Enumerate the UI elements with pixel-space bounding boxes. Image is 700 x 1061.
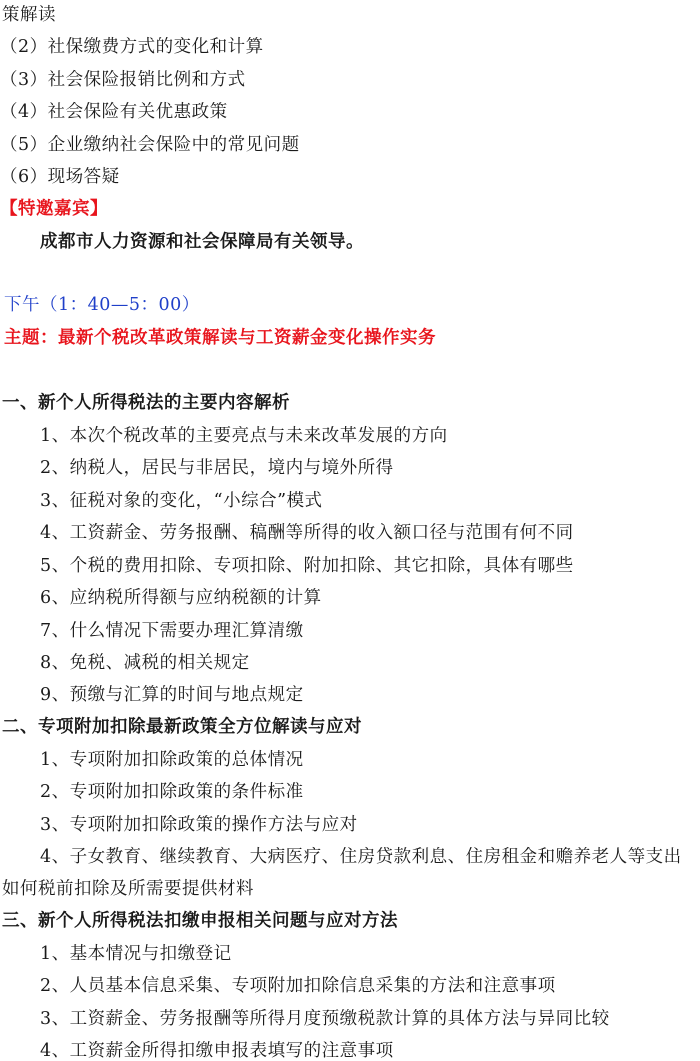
section-title: 二、专项附加扣除最新政策全方位解读与应对 bbox=[2, 714, 362, 740]
section-item: 4、子女教育、继续教育、大病医疗、住房贷款利息、住房租金和赡养老人等支出 bbox=[40, 844, 682, 870]
section-item: 1、基本情况与扣缴登记 bbox=[40, 941, 232, 967]
section-item: 1、专项附加扣除政策的总体情况 bbox=[40, 747, 304, 773]
section-item: 5、个税的费用扣除、专项扣除、附加扣除、其它扣除，具体有哪些 bbox=[40, 553, 574, 579]
morning-item: （6）现场答疑 bbox=[0, 164, 120, 190]
section-item: 8、免税、减税的相关规定 bbox=[40, 650, 250, 676]
section-item: 2、专项附加扣除政策的条件标准 bbox=[40, 779, 304, 805]
afternoon-time: 下午（1：40—5：00） bbox=[4, 292, 200, 318]
morning-item: （5）企业缴纳社会保险中的常见问题 bbox=[0, 132, 300, 158]
section-item: 2、纳税人，居民与非居民，境内与境外所得 bbox=[40, 455, 394, 481]
section-item: 2、人员基本信息采集、专项附加扣除信息采集的方法和注意事项 bbox=[40, 973, 556, 999]
section-title: 一、新个人所得税法的主要内容解析 bbox=[2, 390, 290, 416]
top-fragment: 策解读 bbox=[2, 2, 56, 28]
section-item: 6、应纳税所得额与应纳税额的计算 bbox=[40, 585, 322, 611]
afternoon-theme: 主题：最新个税改革政策解读与工资薪金变化操作实务 bbox=[4, 325, 436, 351]
section-item: 4、工资薪金所得扣缴申报表填写的注意事项 bbox=[40, 1038, 394, 1061]
section-item-continuation: 如何税前扣除及所需要提供材料 bbox=[2, 876, 254, 902]
morning-item: （3）社会保险报销比例和方式 bbox=[0, 67, 246, 93]
section-item: 7、什么情况下需要办理汇算清缴 bbox=[40, 618, 304, 644]
section-title: 三、新个人所得税法扣缴申报相关问题与应对方法 bbox=[2, 908, 398, 934]
morning-item: （2）社保缴费方式的变化和计算 bbox=[0, 34, 264, 60]
morning-item: （4）社会保险有关优惠政策 bbox=[0, 99, 228, 125]
guest-text: 成都市人力资源和社会保障局有关领导。 bbox=[40, 229, 364, 255]
section-item: 3、工资薪金、劳务报酬等所得月度预缴税款计算的具体方法与异同比较 bbox=[40, 1006, 610, 1032]
section-item: 1、本次个税改革的主要亮点与未来改革发展的方向 bbox=[40, 423, 448, 449]
guest-label: 【特邀嘉宾】 bbox=[0, 196, 108, 222]
section-item: 3、征税对象的变化，“小综合”模式 bbox=[40, 488, 323, 514]
section-item: 9、预缴与汇算的时间与地点规定 bbox=[40, 682, 304, 708]
section-item: 4、工资薪金、劳务报酬、稿酬等所得的收入额口径与范围有何不同 bbox=[40, 520, 574, 546]
section-item: 3、专项附加扣除政策的操作方法与应对 bbox=[40, 812, 358, 838]
